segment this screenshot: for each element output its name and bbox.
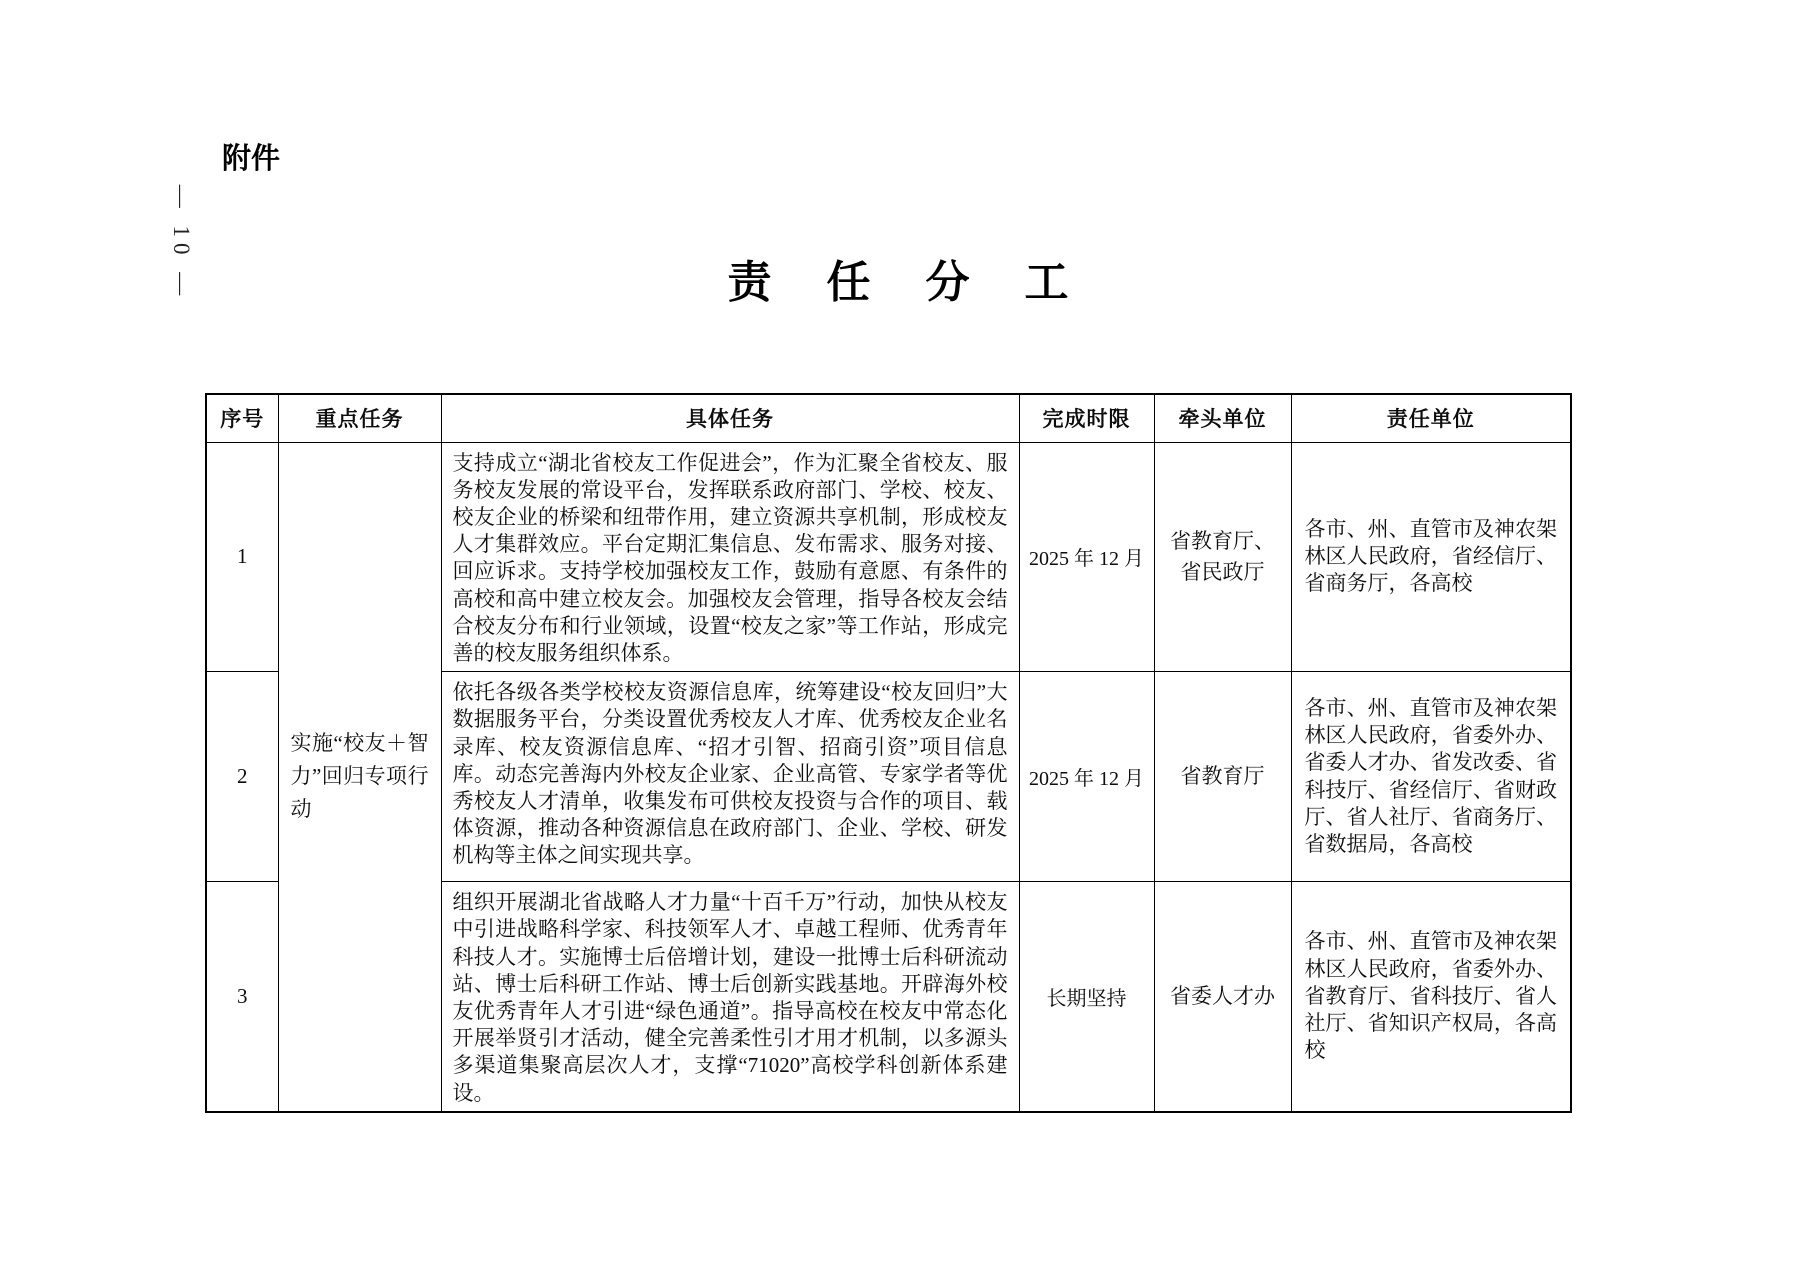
deadline-cell: 2025 年 12 月	[1019, 672, 1154, 882]
specific-task-cell: 支持成立“湖北省校友工作促进会”，作为汇聚全省校友、服务校友发展的常设平台，发挥…	[441, 442, 1019, 672]
key-task-cell: 实施“校友＋智力”回归专项行动	[278, 442, 441, 1112]
col-header-deadline: 完成时限	[1019, 394, 1154, 442]
responsible-unit-cell: 各市、州、直管市及神农架林区人民政府，省经信厅、省商务厅，各高校	[1291, 442, 1571, 672]
col-header-serial: 序号	[206, 394, 278, 442]
deadline-cell: 长期坚持	[1019, 882, 1154, 1112]
responsibility-table: 序号 重点任务 具体任务 完成时限 牵头单位 责任单位 1 实施“校友＋智力”回…	[205, 393, 1572, 1113]
deadline-cell: 2025 年 12 月	[1019, 442, 1154, 672]
col-header-key-task: 重点任务	[278, 394, 441, 442]
page-title: 责 任 分 工	[0, 246, 1796, 310]
serial-number: 1	[206, 442, 278, 672]
attachment-label: 附件	[222, 136, 280, 177]
col-header-specific-task: 具体任务	[441, 394, 1019, 442]
table-row: 1 实施“校友＋智力”回归专项行动 支持成立“湖北省校友工作促进会”，作为汇聚全…	[206, 442, 1571, 672]
specific-task-cell: 依托各级各类学校校友资源信息库，统筹建设“校友回归”大数据服务平台，分类设置优秀…	[441, 672, 1019, 882]
lead-unit-cell: 省委人才办	[1154, 882, 1291, 1112]
col-header-lead-unit: 牵头单位	[1154, 394, 1291, 442]
lead-unit-cell: 省教育厅、省民政厅	[1154, 442, 1291, 672]
document-page: — 10 — 附件 责 任 分 工 序号 重点任务 具体任务 完成时限 牵头单位…	[0, 0, 1796, 1262]
col-header-responsible-unit: 责任单位	[1291, 394, 1571, 442]
table-header-row: 序号 重点任务 具体任务 完成时限 牵头单位 责任单位	[206, 394, 1571, 442]
responsible-unit-cell: 各市、州、直管市及神农架林区人民政府，省委外办、省教育厅、省科技厅、省人社厅、省…	[1291, 882, 1571, 1112]
serial-number: 3	[206, 882, 278, 1112]
serial-number: 2	[206, 672, 278, 882]
specific-task-cell: 组织开展湖北省战略人才力量“十百千万”行动，加快从校友中引进战略科学家、科技领军…	[441, 882, 1019, 1112]
lead-unit-cell: 省教育厅	[1154, 672, 1291, 882]
responsible-unit-cell: 各市、州、直管市及神农架林区人民政府，省委外办、省委人才办、省发改委、省科技厅、…	[1291, 672, 1571, 882]
